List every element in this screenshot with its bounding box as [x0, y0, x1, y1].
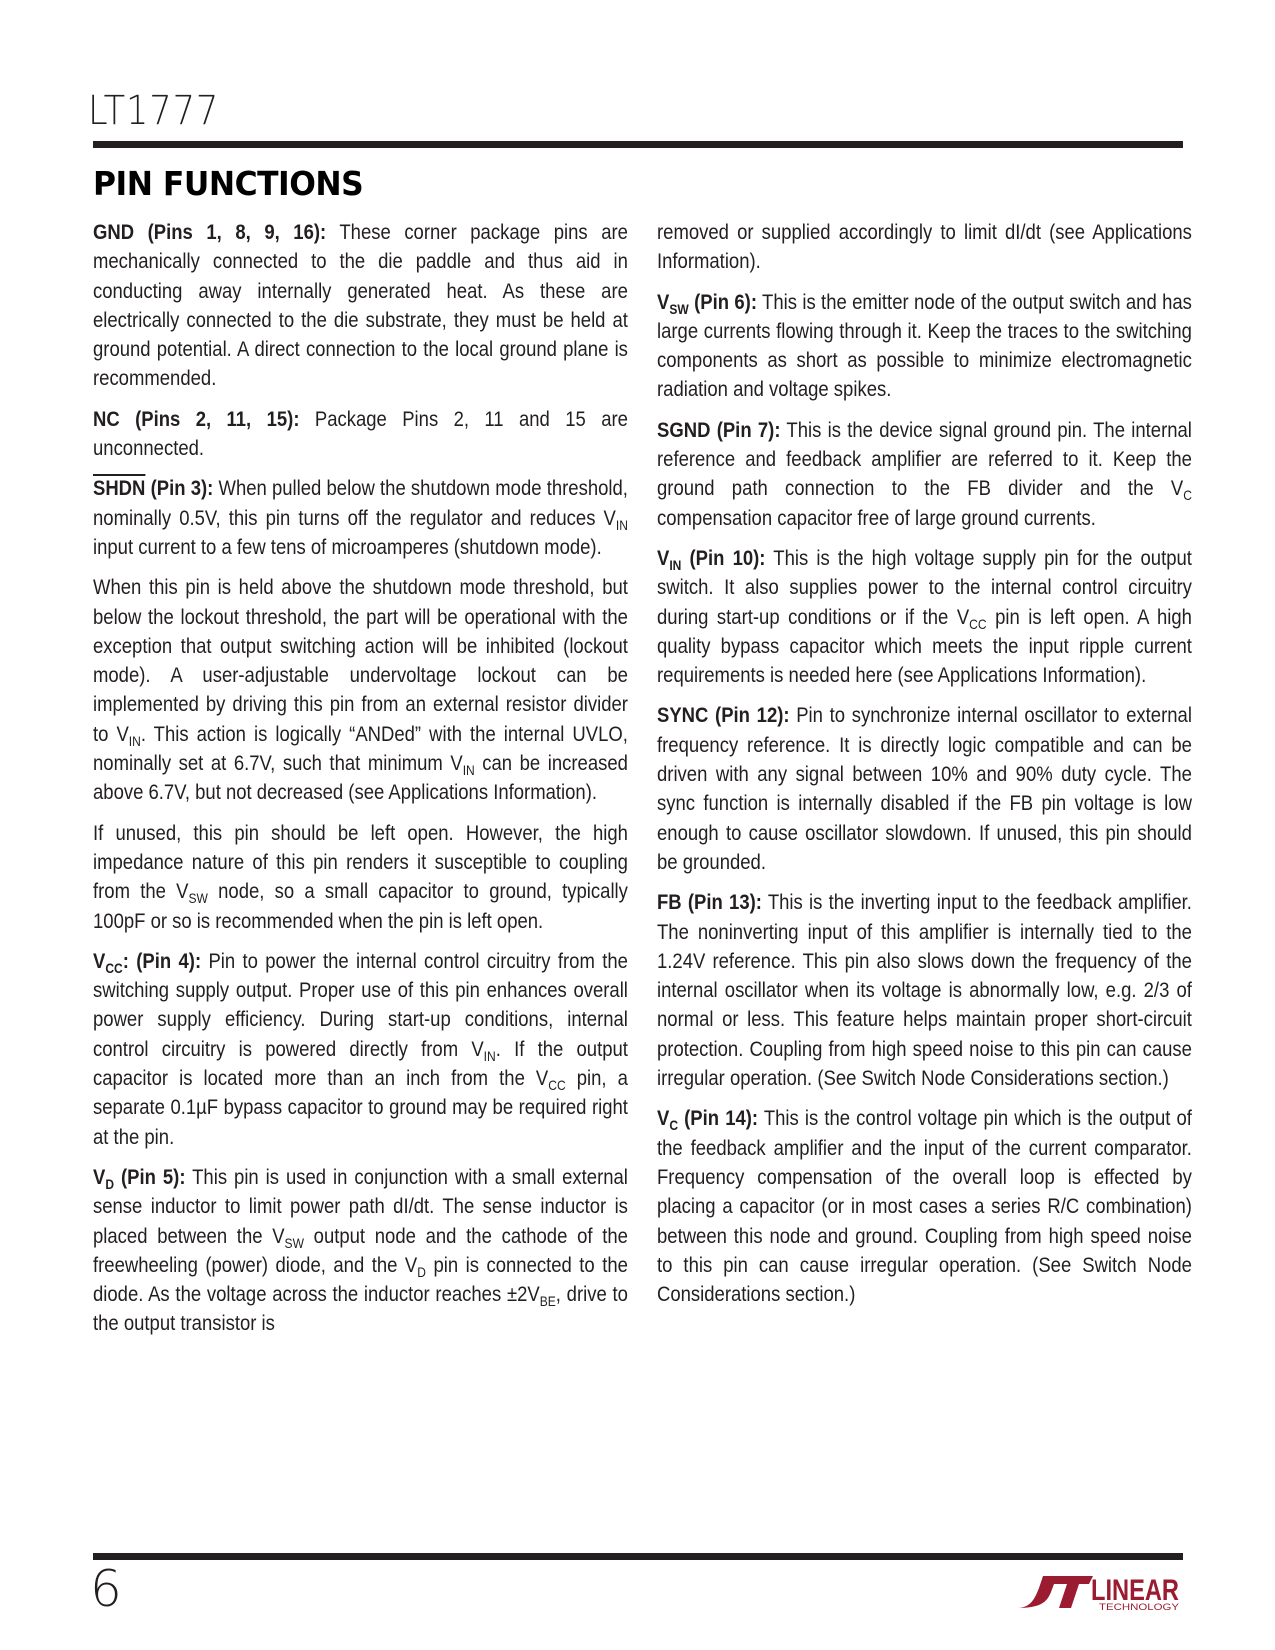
- pin-description: NC (Pins 2, 11, 15): Package Pins 2, 11 …: [93, 405, 628, 464]
- part-number: LT1777: [88, 88, 219, 134]
- section-title: PIN FUNCTIONS: [93, 164, 363, 203]
- pin-description: SGND (Pin 7): This is the device signal …: [657, 416, 1192, 533]
- page-number: 6: [90, 1560, 122, 1618]
- right-column: removed or supplied accordingly to limit…: [657, 218, 1192, 1320]
- footer-rule: [93, 1553, 1183, 1560]
- pin-description: VD (Pin 5): This pin is used in conjunct…: [93, 1163, 628, 1339]
- pin-description: SHDN (Pin 3): When pulled below the shut…: [93, 474, 628, 562]
- left-column: GND (Pins 1, 8, 9, 16): These corner pac…: [93, 218, 628, 1350]
- pin-description: removed or supplied accordingly to limit…: [657, 218, 1192, 277]
- pin-description: VSW (Pin 6): This is the emitter node of…: [657, 288, 1192, 405]
- pin-description: VC (Pin 14): This is the control voltage…: [657, 1104, 1192, 1309]
- svg-text:TECHNOLOGY: TECHNOLOGY: [1099, 1602, 1179, 1612]
- pin-description: If unused, this pin should be left open.…: [93, 819, 628, 936]
- pin-description: GND (Pins 1, 8, 9, 16): These corner pac…: [93, 218, 628, 394]
- pin-description: VIN (Pin 10): This is the high voltage s…: [657, 544, 1192, 690]
- pin-description: SYNC (Pin 12): Pin to synchronize intern…: [657, 701, 1192, 877]
- pin-description: VCC: (Pin 4): Pin to power the internal …: [93, 947, 628, 1152]
- header-rule: [93, 141, 1183, 148]
- linear-technology-logo-icon: LINEAR TECHNOLOGY: [1013, 1568, 1183, 1612]
- pin-description: When this pin is held above the shutdown…: [93, 573, 628, 807]
- pin-description: FB (Pin 13): This is the inverting input…: [657, 888, 1192, 1093]
